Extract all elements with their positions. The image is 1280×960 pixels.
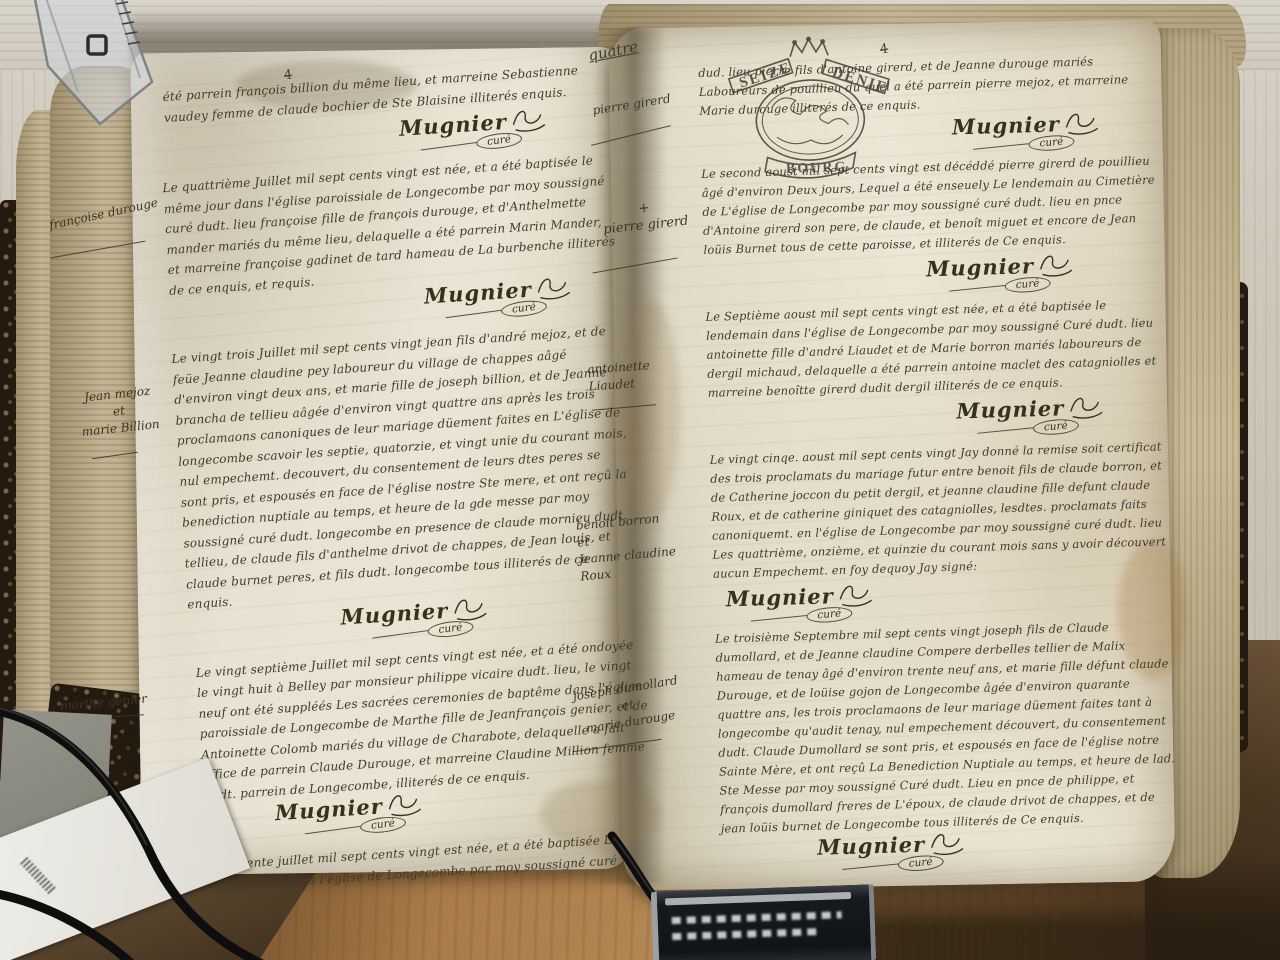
- signature-paraph-icon: [1066, 393, 1107, 420]
- signature-paraph-icon: [384, 790, 426, 819]
- right-page-text-column: dud. lieu pierre fils d'antoine girerd, …: [698, 50, 1186, 876]
- entry-text: Le vingt trois Juillet mil sept cents vi…: [171, 320, 639, 615]
- plastic-clamp: [16, 0, 176, 144]
- signature-name: Mugnier: [956, 395, 1065, 423]
- plaque-top-band: [665, 892, 851, 905]
- signature-paraph-icon: [508, 105, 550, 134]
- plaque-text-row: [672, 928, 822, 940]
- signature-paraph-icon: [533, 273, 575, 302]
- signature-paraph-icon: [449, 594, 491, 623]
- signature-paraph-icon: [1036, 251, 1077, 278]
- signature-paraph-icon: [1061, 109, 1102, 136]
- signature-name: Mugnier: [926, 253, 1035, 281]
- signature-name: Mugnier: [952, 111, 1061, 139]
- signature-paraph-icon: [927, 829, 968, 856]
- reference-plaque: [651, 884, 877, 960]
- plaque-text-row: [672, 911, 842, 924]
- entry-text: Le vingt cinqe. aoust mil sept cents vin…: [709, 437, 1171, 584]
- signature-name: Mugnier: [817, 832, 926, 860]
- margin-note: antoinette Liaudet: [587, 355, 689, 396]
- signature-paraph-icon: [835, 581, 876, 608]
- entry-text: Le second aoust mil sept cents vingt est…: [701, 151, 1162, 260]
- small-printed-text: [20, 857, 56, 895]
- entry-text: Le Septième aoust mil sept cents vingt e…: [705, 294, 1166, 403]
- photograph-of-parish-register: SEIZE DENIE BOURG 4 4 quatre été parrein…: [0, 0, 1280, 960]
- left-page-text-column: été parrein françois billion du même lie…: [148, 58, 669, 898]
- signature-name: Mugnier: [726, 583, 835, 611]
- entry-text: Le troisième Septembre mil sept cents vi…: [715, 616, 1181, 839]
- margin-note: benoit borron et Jeanne claudine Roux: [575, 507, 708, 586]
